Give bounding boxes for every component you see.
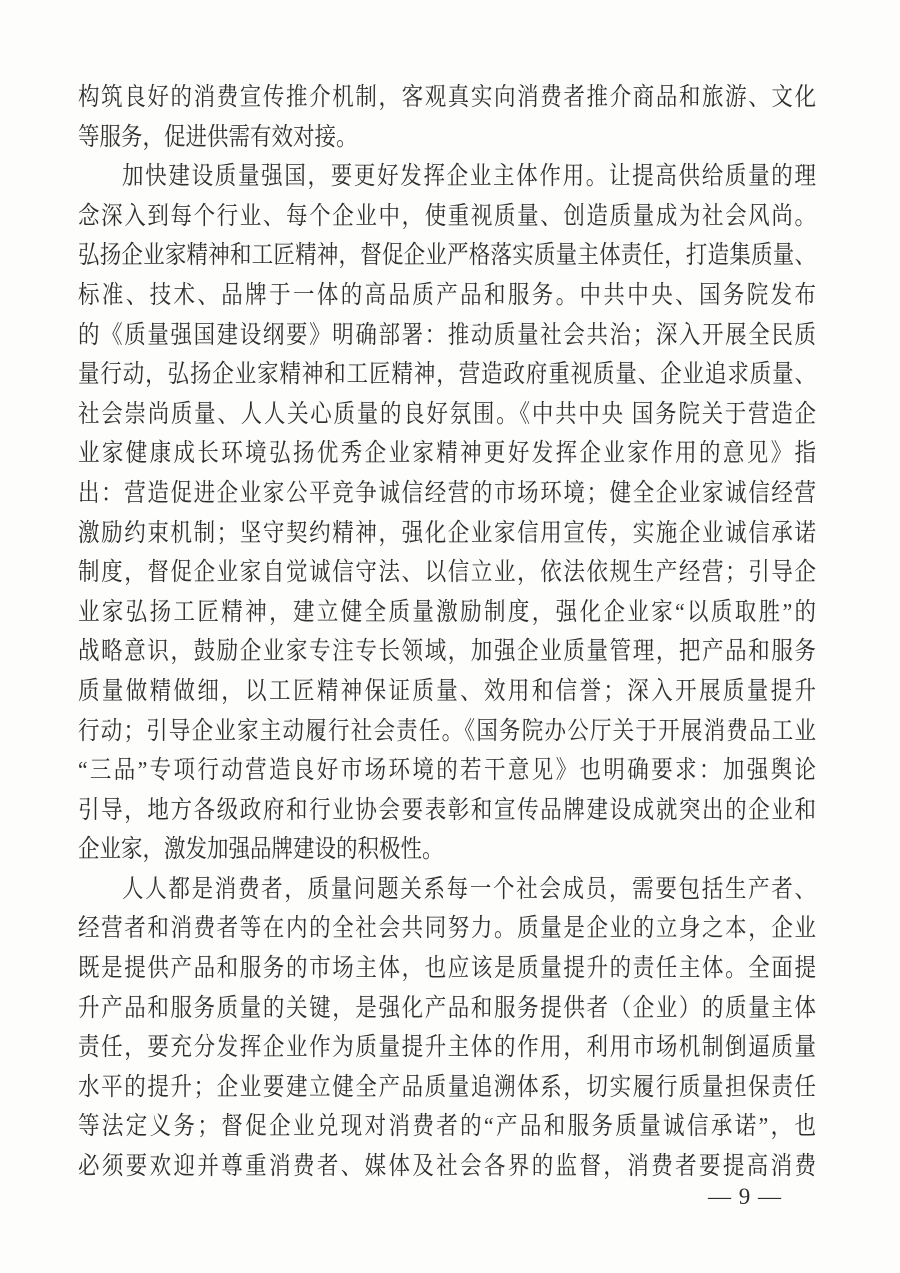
text-block: 构筑良好的消费宣传推介机制，客观真实向消费者推介商品和旅游、文化等服务，促进供需… xyxy=(78,78,816,1187)
text-line: 量行动，弘扬企业家精神和工匠精神，营造政府重视质量、企业追求质量、 xyxy=(78,352,816,398)
text-line: 既是提供产品和服务的市场主体，也应该是质量提升的责任主体。全面提 xyxy=(78,946,816,992)
text-line: 出：营造促进企业家公平竞争诚信经营的市场环境；健全企业家诚信经营 xyxy=(78,471,816,517)
text-line: “三品”专项行动营造良好市场环境的若干意见》也明确要求：加强舆论 xyxy=(78,748,816,794)
text-line: 质量做精做细，以工匠精神保证质量、效用和信誉；深入开展质量提升 xyxy=(78,669,816,715)
text-line: 加快建设质量强国，要更好发挥企业主体作用。让提高供给质量的理 xyxy=(78,154,816,200)
text-line: 制度，督促企业家自觉诚信守法、以信立业，依法依规生产经营；引导企 xyxy=(78,550,816,596)
text-line: 标准、技术、品牌于一体的高品质产品和服务。中共中央、国务院发布 xyxy=(78,273,816,319)
text-line: 构筑良好的消费宣传推介机制，客观真实向消费者推介商品和旅游、文化 xyxy=(78,75,816,121)
text-line: 企业家，激发加强品牌建设的积极性。 xyxy=(78,827,816,873)
document-page: 构筑良好的消费宣传推介机制，客观真实向消费者推介商品和旅游、文化等服务，促进供需… xyxy=(0,0,900,1273)
page-number: — 9 — xyxy=(690,1180,800,1214)
text-line: 责任，要充分发挥企业作为质量提升主体的作用，利用市场机制倒逼质量 xyxy=(78,1025,816,1071)
